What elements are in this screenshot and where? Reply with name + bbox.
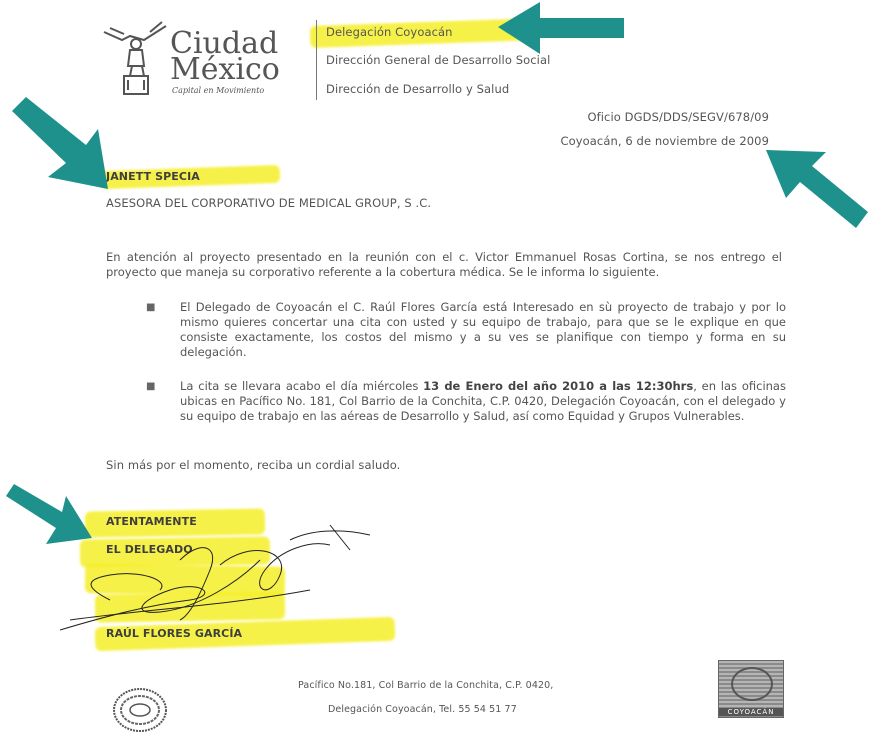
bullet-item-1: ■ El Delegado de Coyoacán el C. Raúl Flo… <box>180 300 786 360</box>
bullet-item-2: ■ La cita se llevara acabo el día miérco… <box>180 379 786 424</box>
logo-name-line2: México <box>170 56 280 84</box>
angel-statue-icon <box>100 18 170 98</box>
org-line-delegacion: Delegación Coyoacán <box>326 25 453 39</box>
stamp-emblem <box>731 667 773 701</box>
handwritten-signature <box>50 520 380 640</box>
recipient-title: ASESORA DEL CORPORATIVO DE MEDICAL GROUP… <box>106 196 431 210</box>
footer-address-line1: Pacífico No.181, Col Barrio de la Conchi… <box>298 680 553 691</box>
intro-paragraph: En atención al proyecto presentado en la… <box>106 250 782 280</box>
arrow-to-recipient <box>8 93 118 193</box>
footer-address-line2: Delegación Coyoacán, Tel. 55 54 51 77 <box>328 704 517 715</box>
oficio-number: Oficio DGDS/DDS/SEGV/678/09 <box>587 110 769 124</box>
arrow-to-signature <box>2 482 98 552</box>
stamp-label: COYOACÁN <box>719 708 783 716</box>
place-date: Coyoacán, 6 de noviembre de 2009 <box>560 134 769 148</box>
bullet-text-before: La cita se llevara acabo el día miércole… <box>180 379 423 393</box>
org-line-direccion-salud: Dirección de Desarrollo y Salud <box>326 82 509 96</box>
bullet-icon: ■ <box>146 300 155 315</box>
closing-line: Sin más por el momento, reciba un cordia… <box>106 458 400 472</box>
recipient-name: JANETT SPECIA <box>106 170 200 183</box>
bullet-icon: ■ <box>146 379 155 394</box>
logo-tagline: Capital en Movimiento <box>172 86 264 95</box>
signature-name: RAÚL FLORES GARCÍA <box>106 627 242 640</box>
coyoacan-stamp: COYOACÁN <box>718 660 784 718</box>
letterhead-divider <box>316 20 317 100</box>
arrow-to-date <box>764 148 874 238</box>
bullet-appointment-date: 13 de Enero del año 2010 a las 12:30hrs <box>423 379 693 393</box>
city-logo: Ciudad México Capital en Movimiento <box>100 18 315 100</box>
bullet-text: El Delegado de Coyoacán el C. Raúl Flore… <box>180 300 786 359</box>
arrow-to-delegacion <box>498 0 628 56</box>
round-seal-icon <box>112 687 168 733</box>
